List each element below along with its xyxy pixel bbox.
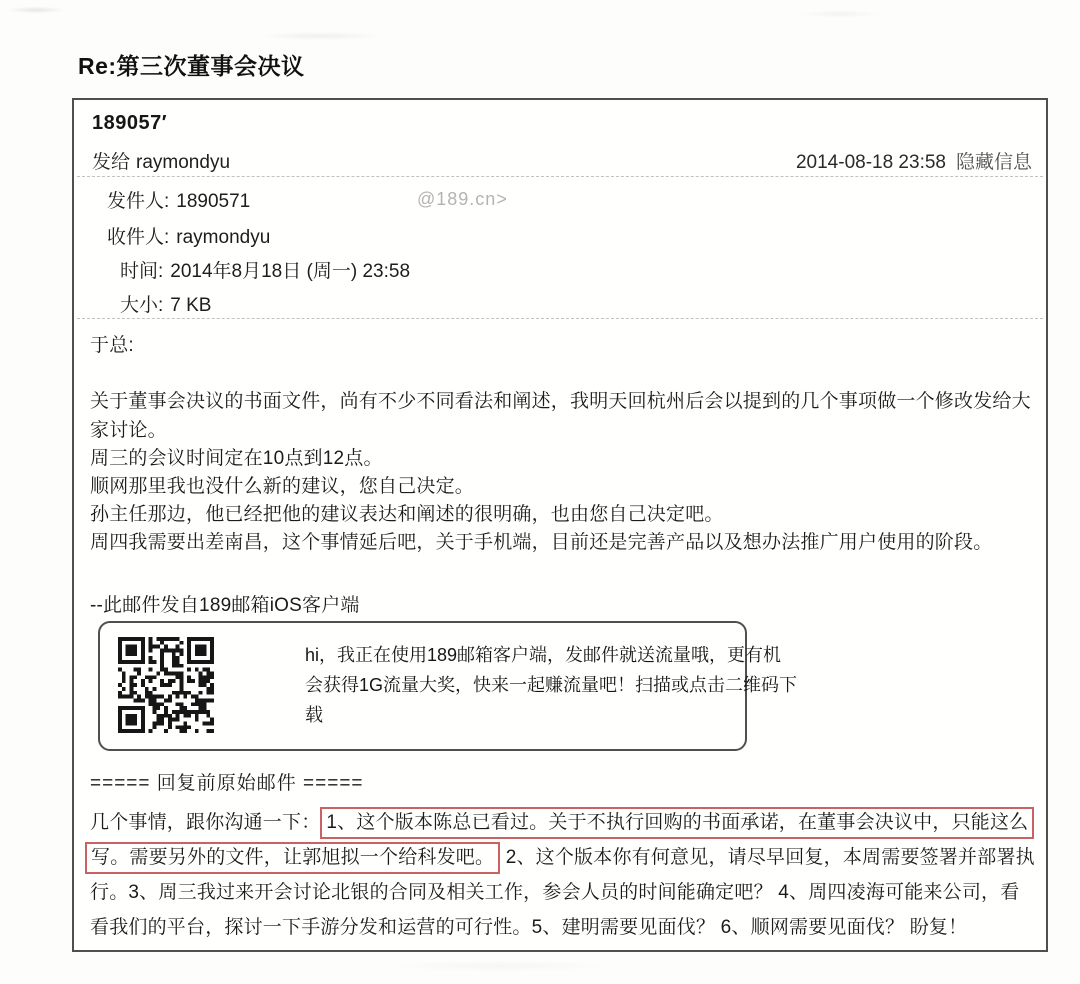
promo-panel: hi，我正在使用189邮箱客户端，发邮件就送流量哦，更有机 会获得1G流量大奖，… xyxy=(98,621,747,751)
promo-line: 载 xyxy=(305,700,797,730)
header-size: 大小:7 KB xyxy=(120,290,211,317)
header-separator xyxy=(77,176,1043,177)
highlighted-text: 写。需要另外的文件，让郭旭拟一个给科发吧。 xyxy=(85,842,500,874)
size-label: 大小: xyxy=(120,295,163,316)
promo-line: 会获得1G流量大奖，快来一起赚流量吧！扫描或点击二维码下 xyxy=(305,670,797,700)
body-line: 孙主任那边，他已经把他的建议表达和阐述的很明确，也由您自己决定吧。 xyxy=(90,499,724,526)
salutation: 于总: xyxy=(90,330,134,357)
body-separator xyxy=(77,318,1043,319)
body-line: 周四我需要出差南昌，这个事情延后吧，关于手机端，目前还是完善产品以及想办法推广用… xyxy=(90,527,992,554)
email-subject-title: Re:第三次董事会决议 xyxy=(78,48,305,81)
sent-to: 发给raymondyu xyxy=(92,147,230,174)
header-to: 收件人:raymondyu xyxy=(107,222,270,249)
promo-text: hi，我正在使用189邮箱客户端，发邮件就送流量哦，更有机 会获得1G流量大奖，… xyxy=(305,640,797,730)
reply-line: 写。需要另外的文件，让郭旭拟一个给科发吧。 2、这个版本你有何意见，请尽早回复，… xyxy=(90,842,1035,869)
body-line: 周三的会议时间定在10点到12点。 xyxy=(90,443,383,470)
highlighted-text: 1、这个版本陈总已看过。关于不执行回购的书面承诺，在董事会决议中，只能这么 xyxy=(320,807,1034,839)
time-label: 时间: xyxy=(120,261,163,282)
reply-text: 2、这个版本你有何意见，请尽早回复，本周需要签署并部署执 xyxy=(506,847,1035,868)
body-line: 顺网那里我也没什么新的建议，您自己决定。 xyxy=(90,471,474,498)
to-value: raymondyu xyxy=(176,227,270,248)
date-row: 2014-08-18 23:58隐藏信息 xyxy=(796,147,1032,174)
hide-info-label: 隐藏信息 xyxy=(956,152,1032,173)
body-line: 关于董事会决议的书面文件，尚有不少不同看法和阐述，我明天回杭州后会以提到的几个事… xyxy=(90,386,1031,413)
to-row: 发给raymondyu 2014-08-18 23:58隐藏信息 xyxy=(92,147,1032,174)
sent-to-recipient: raymondyu xyxy=(136,152,230,173)
sender-id: 189057′ xyxy=(92,112,167,135)
body-line: 家讨论。 xyxy=(90,415,167,442)
header-from: 发件人:1890571 xyxy=(107,186,250,213)
qr-code-icon xyxy=(118,637,214,733)
email-card: 189057′ 发给raymondyu 2014-08-18 23:58隐藏信息… xyxy=(72,98,1048,952)
reply-text: 几个事情，跟你沟通一下： xyxy=(90,812,320,833)
from-value: 1890571 xyxy=(176,191,250,212)
to-label: 收件人: xyxy=(107,227,169,248)
from-label: 发件人: xyxy=(107,191,169,212)
reply-line: 几个事情，跟你沟通一下：1、这个版本陈总已看过。关于不执行回购的书面承诺，在董事… xyxy=(90,807,1034,834)
time-value: 2014年8月18日 (周一) 23:58 xyxy=(170,261,410,282)
header-time: 时间:2014年8月18日 (周一) 23:58 xyxy=(120,256,410,283)
original-mail-separator: ===== 回复前原始邮件 ===== xyxy=(90,768,364,795)
from-address-watermark: @189.cn> xyxy=(417,189,508,210)
reply-line: 行。3、周三我过来开会讨论北银的合同及相关工作，参会人员的时间能确定吧？ 4、周… xyxy=(90,877,1019,904)
scanned-email-page: { "title": "Re:第三次董事会决议", "email": { "se… xyxy=(0,0,1080,984)
sent-to-label: 发给 xyxy=(92,152,130,173)
client-signature: --此邮件发自189邮箱iOS客户端 xyxy=(90,590,360,617)
email-datetime: 2014-08-18 23:58 xyxy=(796,152,946,173)
promo-line: hi，我正在使用189邮箱客户端，发邮件就送流量哦，更有机 xyxy=(305,640,797,670)
reply-line: 看我们的平台，探讨一下手游分发和运营的可行性。5、建明需要见面伐？ 6、顺网需要… xyxy=(90,912,967,939)
size-value: 7 KB xyxy=(170,295,211,316)
